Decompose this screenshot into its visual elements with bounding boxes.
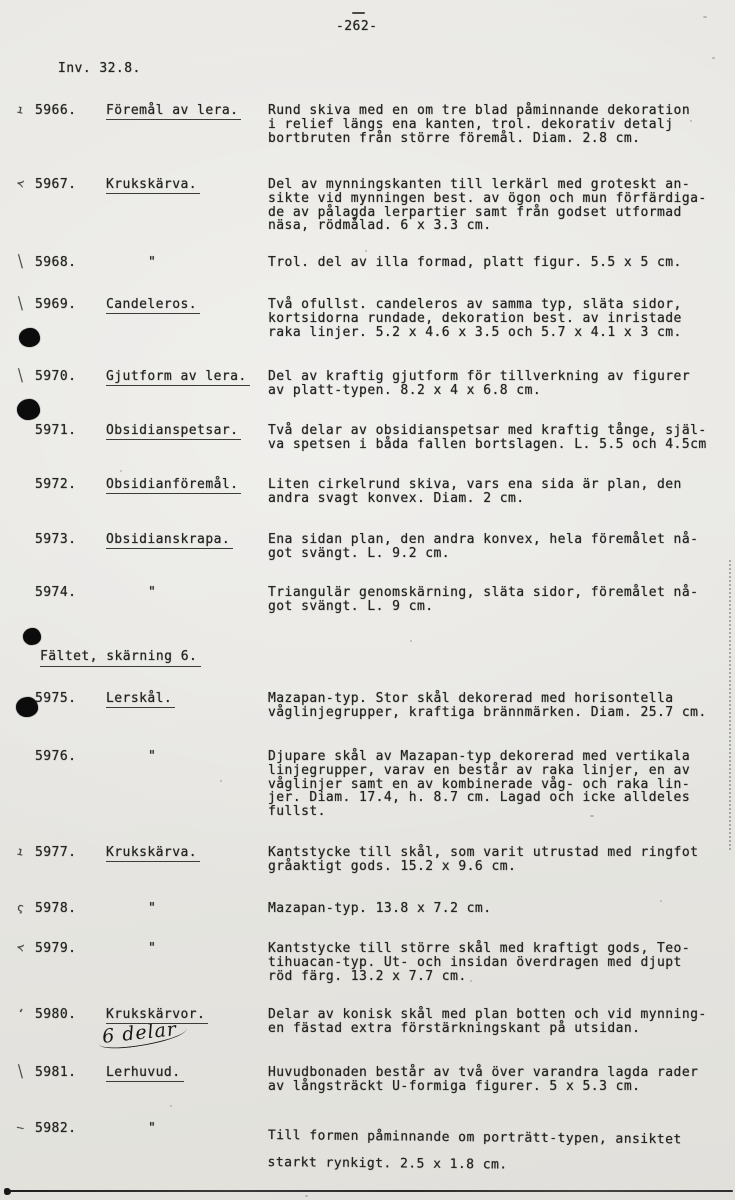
margin-check-mark: ς xyxy=(16,900,26,915)
entry-number: 5978. xyxy=(35,902,76,916)
bottom-rule xyxy=(6,1190,733,1192)
entry-description: Två delar av obsidianspetsar med kraftig… xyxy=(268,424,720,452)
ink-blob xyxy=(23,628,41,645)
inventory-header: Inv. 32.8. xyxy=(58,62,141,76)
entry-object-name: Obsidianföremål. xyxy=(106,478,241,494)
entry-number: 5969. xyxy=(35,298,76,312)
paper-speck xyxy=(470,980,472,982)
paper-speck xyxy=(305,1195,308,1197)
entry-description: Liten cirkelrund skiva, vars ena sida är… xyxy=(268,478,720,506)
entry-description: Mazapan-typ. 13.8 x 7.2 cm. xyxy=(268,902,720,916)
ink-blob xyxy=(17,399,40,420)
paper-speck xyxy=(703,16,707,18)
paper-speck xyxy=(640,430,642,432)
margin-check-mark: – xyxy=(16,1120,26,1135)
entry-object-name: Obsidianskrapa. xyxy=(106,533,233,549)
entry-object-name: " xyxy=(148,1122,156,1136)
entry-object-name: Krukskärvor. xyxy=(106,1008,208,1024)
entry-number: 5973. xyxy=(35,533,76,547)
entry-number: 5976. xyxy=(35,750,76,764)
entry-object-name: Obsidianspetsar. xyxy=(106,424,241,440)
entry-description: Trol. del av illa formad, platt figur. 5… xyxy=(268,256,720,270)
page-number: -262- xyxy=(336,20,377,34)
entry-description: Huvudbonaden består av två över varandra… xyxy=(268,1066,720,1094)
entry-description: Kantstycke till större skål med kraftigt… xyxy=(268,942,720,983)
entry-object-name: Krukskärva. xyxy=(106,178,200,194)
paper-speck xyxy=(660,900,662,902)
margin-check-mark: ╲ xyxy=(16,296,26,311)
entry-description: Del av kraftig gjutform för tillverkning… xyxy=(268,370,720,398)
entry-number: 5966. xyxy=(35,104,76,118)
entry-number: 5982. xyxy=(35,1122,76,1136)
entry-number: 5974. xyxy=(35,586,76,600)
paper-speck xyxy=(590,815,594,817)
entry-description: Kantstycke till skål, som varit utrustad… xyxy=(268,846,720,874)
paper-speck xyxy=(712,57,715,59)
entry-description: Djupare skål av Mazapan-typ dekorerad me… xyxy=(268,750,720,819)
entry-object-name: Candeleros. xyxy=(106,298,200,314)
entry-description: Till formen påminnande om porträtt-typen… xyxy=(267,1122,720,1181)
margin-check-mark: ≺ xyxy=(16,176,26,191)
paper-speck xyxy=(120,470,122,472)
document-page: -262- Inv. 32.8. Fältet, skärning 6. 6 d… xyxy=(0,0,735,1200)
entry-description: Två ofullst. candeleros av samma typ, sl… xyxy=(268,298,720,339)
entry-number: 5972. xyxy=(35,478,76,492)
entry-object-name: " xyxy=(148,256,156,270)
margin-check-mark: ╲ xyxy=(16,1064,26,1079)
paper-speck xyxy=(170,1105,172,1107)
margin-check-mark: ╲ xyxy=(16,254,26,269)
entry-number: 5971. xyxy=(35,424,76,438)
paper-speck xyxy=(410,640,412,642)
entry-object-name: Lerskål. xyxy=(106,692,175,708)
entry-number: 5980. xyxy=(35,1008,76,1022)
entry-description: Ena sidan plan, den andra konvex, hela f… xyxy=(268,533,720,561)
entry-description: Rund skiva med en om tre blad påminnande… xyxy=(268,104,720,145)
margin-check-mark: ı xyxy=(16,102,26,117)
paper-speck xyxy=(500,300,502,302)
entry-number: 5975. xyxy=(35,692,76,706)
ink-blob xyxy=(16,697,38,717)
entry-object-name: Lerhuvud. xyxy=(106,1066,184,1082)
section-header: Fältet, skärning 6. xyxy=(40,650,201,667)
paper-speck xyxy=(365,250,367,252)
entry-object-name: Krukskärva. xyxy=(106,846,200,862)
entry-object-name: Föremål av lera. xyxy=(106,104,241,120)
entry-number: 5979. xyxy=(35,942,76,956)
scan-edge-artifact xyxy=(729,560,731,850)
entry-number: 5981. xyxy=(35,1066,76,1080)
overtype-dash xyxy=(352,12,365,14)
ink-blob xyxy=(19,328,40,347)
entry-description: Mazapan-typ. Stor skål dekorerad med hor… xyxy=(268,692,720,720)
entry-object-name: " xyxy=(148,586,156,600)
margin-check-mark: ʻ xyxy=(16,1006,26,1021)
paper-speck xyxy=(220,780,222,782)
margin-check-mark: ╲ xyxy=(16,368,26,383)
margin-check-mark: ≺ xyxy=(16,940,26,955)
entry-number: 5967. xyxy=(35,178,76,192)
entry-object-name: " xyxy=(148,750,156,764)
entry-object-name: " xyxy=(148,902,156,916)
entry-description: Del av mynningskanten till lerkärl med g… xyxy=(268,178,720,233)
entry-object-name: Gjutform av lera. xyxy=(106,370,250,386)
entry-description: Triangulär genomskärning, släta sidor, f… xyxy=(268,586,720,614)
entry-number: 5968. xyxy=(35,256,76,270)
paper-speck xyxy=(690,120,692,122)
entry-object-name: " xyxy=(148,942,156,956)
margin-check-mark: ı xyxy=(16,844,26,859)
entry-number: 5977. xyxy=(35,846,76,860)
entry-description: Delar av konisk skål med plan botten och… xyxy=(268,1008,720,1036)
entry-number: 5970. xyxy=(35,370,76,384)
